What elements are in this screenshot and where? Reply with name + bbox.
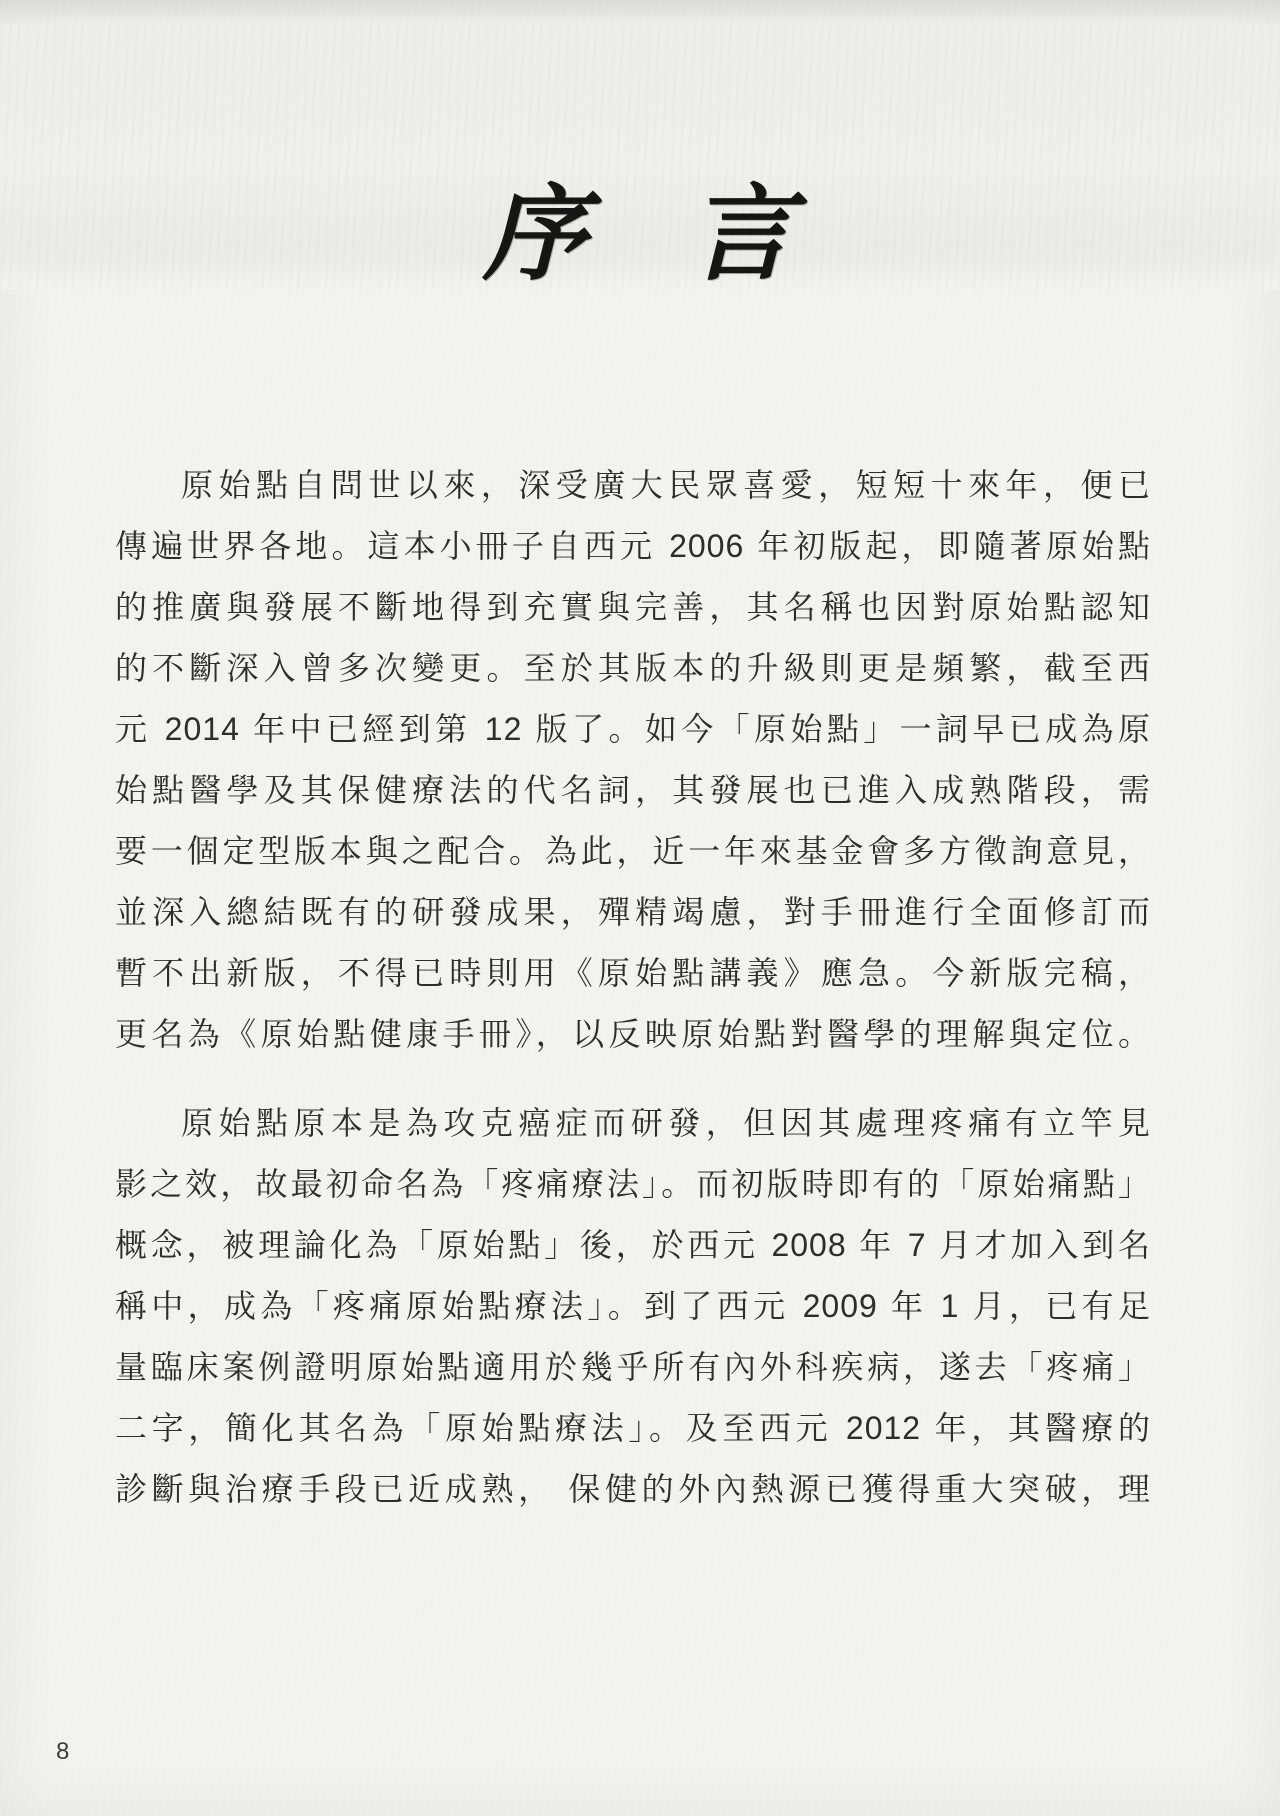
text-line: 診斷與治療手段已近成熟， 保健的外內熱源已獲得重大突破，理	[115, 1459, 1151, 1520]
paragraph-2: 原始點原本是為攻克癌症而研發，但因其處理疼痛有立竿見 影之效，故最初命名為「疼痛…	[115, 1093, 1151, 1520]
text-line: 要一個定型版本與之配合。為此，近一年來基金會多方徵詢意見，	[115, 821, 1151, 882]
text-line: 的不斷深入曾多次變更。至於其版本的升級則更是頻繁，截至西	[115, 638, 1151, 699]
text-line: 原始點自問世以來，深受廣大民眾喜愛，短短十來年，便已	[115, 455, 1151, 516]
text-line: 暫不出新版，不得已時則用《原始點講義》應急。今新版完稿，	[115, 943, 1151, 1004]
text-line: 始點醫學及其保健療法的代名詞，其發展也已進入成熟階段，需	[115, 760, 1151, 821]
paragraph-1: 原始點自問世以來，深受廣大民眾喜愛，短短十來年，便已 傳遍世界各地。這本小冊子自…	[115, 455, 1151, 1065]
page-title: 序 言	[483, 182, 797, 286]
page-number: 8	[56, 1738, 69, 1766]
text-line: 的推廣與發展不斷地得到充實與完善，其名稱也因對原始點認知	[115, 577, 1151, 638]
text-line: 並深入總結既有的研發成果，殫精竭慮，對手冊進行全面修訂而	[115, 882, 1151, 943]
book-page: 序 言 原始點自問世以來，深受廣大民眾喜愛，短短十來年，便已 傳遍世界各地。這本…	[0, 0, 1280, 1816]
page-top-shading	[0, 0, 1280, 26]
text-line: 概念，被理論化為「原始點」後，於西元 2008 年 7 月才加入到名	[115, 1215, 1151, 1276]
title-band: 序 言	[0, 24, 1280, 290]
text-line: 量臨床案例證明原始點適用於幾乎所有內外科疾病，遂去「疼痛」	[115, 1337, 1151, 1398]
text-line: 原始點原本是為攻克癌症而研發，但因其處理疼痛有立竿見	[115, 1093, 1151, 1154]
page-body: 原始點自問世以來，深受廣大民眾喜愛，短短十來年，便已 傳遍世界各地。這本小冊子自…	[115, 455, 1151, 1520]
text-line: 二字，簡化其名為「原始點療法」。及至西元 2012 年，其醫療的	[115, 1398, 1151, 1459]
text-line: 稱中，成為「疼痛原始點療法」。到了西元 2009 年 1 月，已有足	[115, 1276, 1151, 1337]
text-line: 更名為《原始點健康手冊》，以反映原始點對醫學的理解與定位。	[115, 1004, 1151, 1065]
text-line: 元 2014 年中已經到第 12 版了。如今「原始點」一詞早已成為原	[115, 699, 1151, 760]
text-line: 影之效，故最初命名為「疼痛療法」。而初版時即有的「原始痛點」	[115, 1154, 1151, 1215]
text-line: 傳遍世界各地。這本小冊子自西元 2006 年初版起，即隨著原始點	[115, 516, 1151, 577]
